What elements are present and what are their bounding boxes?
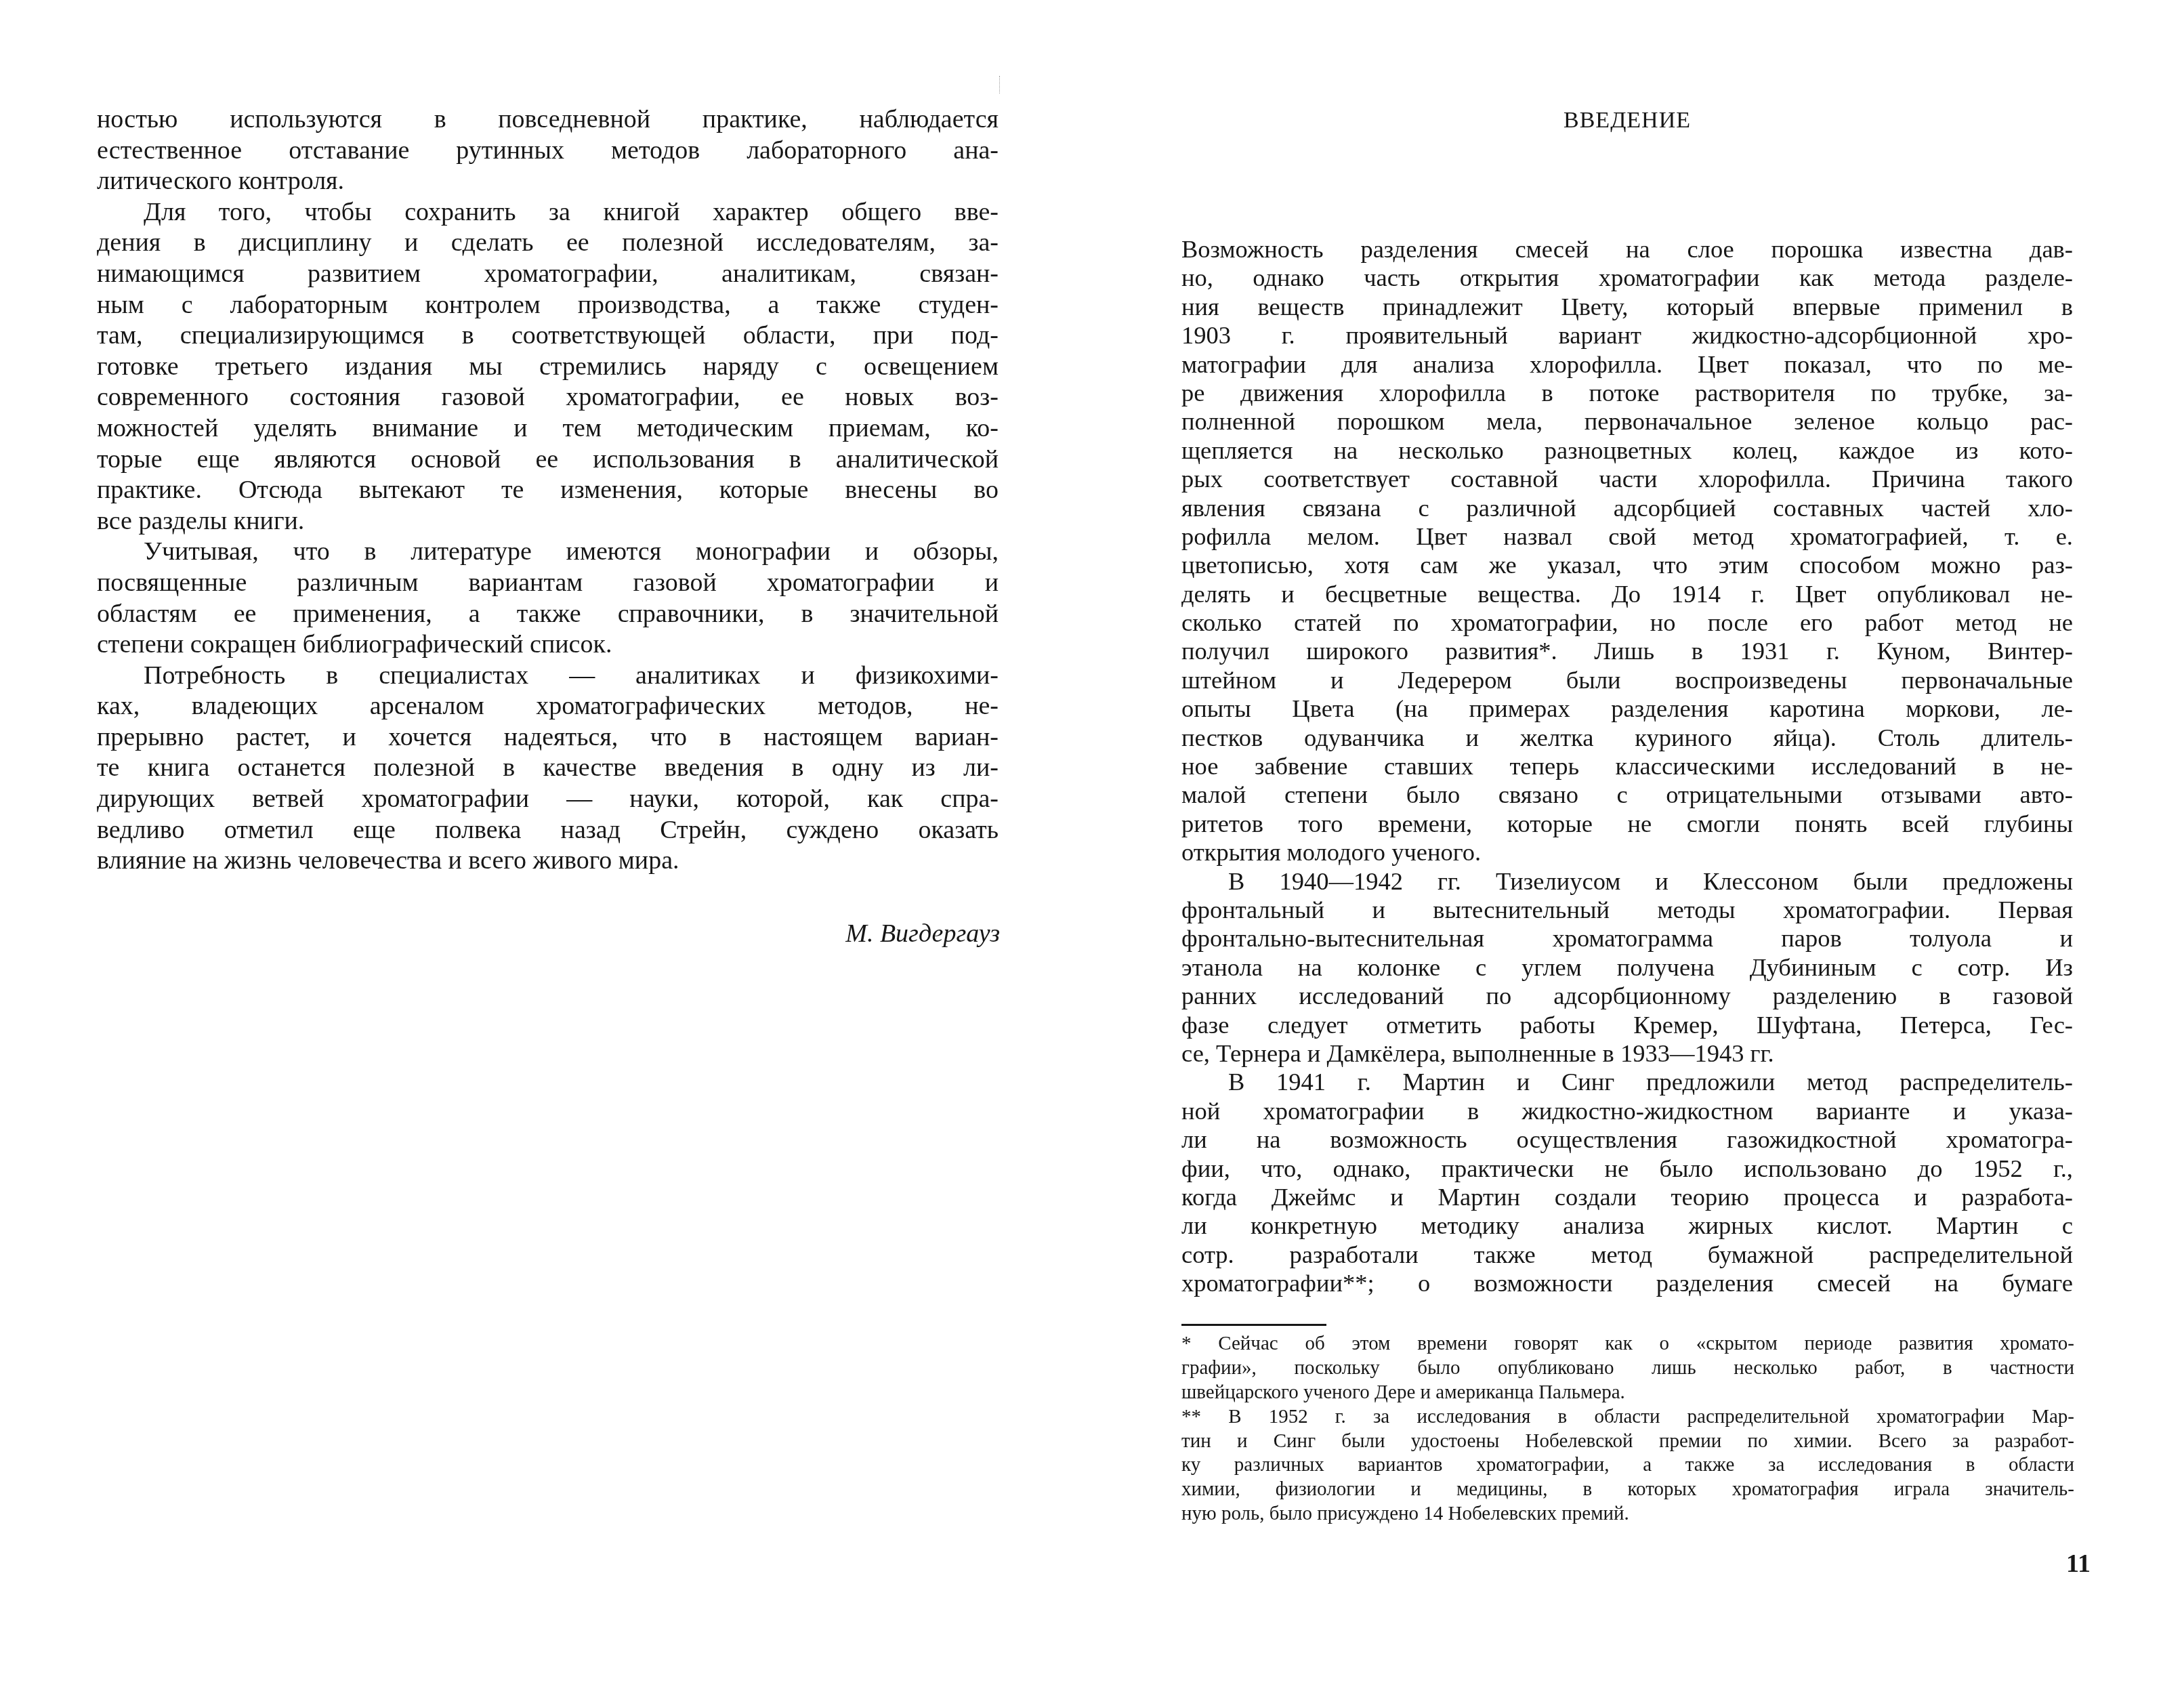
footnote-line: химии, физиологии и медицины, в которых … xyxy=(1181,1478,2074,1502)
text-line: фии, что, однако, практически не было ис… xyxy=(1181,1154,2073,1183)
text-line: ли на возможность осуществления газожидк… xyxy=(1181,1125,2073,1154)
text-line: цветописью, хотя сам же указал, что этим… xyxy=(1181,551,2073,579)
text-line: ре движения хлорофилла в потоке раствори… xyxy=(1181,379,2073,407)
text-line: нимающимся развитием хроматографии, анал… xyxy=(97,259,999,290)
text-line: все разделы книги. xyxy=(97,506,999,537)
text-line: влияние на жизнь человечества и всего жи… xyxy=(97,846,999,877)
text-line: ным с лабораторным контролем производств… xyxy=(97,290,999,321)
footnote-divider xyxy=(1181,1324,1326,1326)
text-line: Потребность в специалистах — аналитиках … xyxy=(97,661,999,692)
page-number: 11 xyxy=(2066,1550,2091,1577)
text-line: фронтально-вытеснительная хроматограмма … xyxy=(1181,924,2073,953)
text-line: ния веществ принадлежит Цвету, который в… xyxy=(1181,293,2073,321)
text-line: сколько статей по хроматографии, но посл… xyxy=(1181,608,2073,637)
text-line: когда Джеймс и Мартин создали теорию про… xyxy=(1181,1183,2073,1211)
text-line: этанола на колонке с углем получена Дуби… xyxy=(1181,953,2073,982)
text-line: се, Тернера и Дамкёлера, выполненные в 1… xyxy=(1181,1039,2073,1068)
text-line: дения в дисциплину и сделать ее полезной… xyxy=(97,228,999,259)
text-line: В 1941 г. Мартин и Синг предложили метод… xyxy=(1181,1068,2073,1096)
text-line: готовке третьего издания мы стремились н… xyxy=(97,352,999,383)
text-line: фазе следует отметить работы Кремер, Шуф… xyxy=(1181,1011,2073,1039)
text-line: матографии для анализа хлорофилла. Цвет … xyxy=(1181,350,2073,379)
footnote-line: графии», поскольку было опубликовано лиш… xyxy=(1181,1356,2074,1381)
text-line: Для того, чтобы сохранить за книгой хара… xyxy=(97,197,999,228)
text-line: можностей уделять внимание и тем методич… xyxy=(97,413,999,444)
text-line: рых соответствует составной части хлороф… xyxy=(1181,465,2073,493)
text-line: В 1940—1942 гг. Тизелиусом и Клессоном б… xyxy=(1181,867,2073,896)
text-line: областям ее применения, а также справочн… xyxy=(97,599,999,630)
text-line: ведливо отметил еще полвека назад Стрейн… xyxy=(97,815,999,846)
author-signature: М. Вигдергауз xyxy=(845,919,1000,949)
text-line: щепляется на несколько разноцветных коле… xyxy=(1181,436,2073,465)
text-line: торые еще являются основой ее использова… xyxy=(97,444,999,476)
text-line: степени сокращен библиографический списо… xyxy=(97,629,999,661)
text-line: полненной порошком мела, первоначальное … xyxy=(1181,407,2073,436)
text-line: литического контроля. xyxy=(97,166,999,197)
text-line: ностью используются в повседневной практ… xyxy=(97,104,999,136)
text-line: ли конкретную методику анализа жирных ки… xyxy=(1181,1211,2073,1240)
text-line: сотр. разработали также метод бумажной р… xyxy=(1181,1241,2073,1269)
text-line: хроматографии**; о возможности разделени… xyxy=(1181,1269,2073,1297)
gutter-mark xyxy=(999,76,1001,93)
text-line: там, специализирующимся в соответствующе… xyxy=(97,320,999,352)
footnote-line: * Сейчас об этом времени говорят как о «… xyxy=(1181,1332,2074,1356)
text-line: 1903 г. проявительный вариант жидкостно-… xyxy=(1181,321,2073,350)
text-line: фронтальный и вытеснительный методы хром… xyxy=(1181,896,2073,924)
text-line: ной хроматографии в жидкостно-жидкостном… xyxy=(1181,1097,2073,1125)
text-line: практике. Отсюда вытекают те изменения, … xyxy=(97,475,999,506)
text-line: ритетов того времени, которые не смогли … xyxy=(1181,810,2073,838)
text-line: дирующих ветвей хроматографии — науки, к… xyxy=(97,784,999,815)
section-title: ВВЕДЕНИЕ xyxy=(1181,107,2073,134)
text-line: Учитывая, что в литературе имеются моног… xyxy=(97,537,999,568)
text-line: опыты Цвета (на примерах разделения каро… xyxy=(1181,694,2073,723)
footnotes: * Сейчас об этом времени говорят как о «… xyxy=(1181,1332,2074,1526)
footnote-line: тин и Синг были удостоены Нобелевской пр… xyxy=(1181,1430,2074,1454)
text-line: ках, владеющих арсеналом хроматографичес… xyxy=(97,691,999,722)
text-line: делять и бесцветные вещества. До 1914 г.… xyxy=(1181,580,2073,608)
text-line: современного состояния газовой хроматогр… xyxy=(97,382,999,413)
text-line: штейном и Ледерером были воспроизведены … xyxy=(1181,666,2073,694)
text-line: рофилла мелом. Цвет назвал свой метод хр… xyxy=(1181,522,2073,551)
text-line: малой степени было связано с отрицательн… xyxy=(1181,780,2073,809)
text-line: прерывно растет, и хочется надеяться, чт… xyxy=(97,722,999,753)
left-page-body: ностью используются в повседневной практ… xyxy=(97,104,999,877)
text-line: получил широкого развития*. Лишь в 1931 … xyxy=(1181,637,2073,665)
footnote-line: швейцарского ученого Дере и американца П… xyxy=(1181,1381,2074,1405)
text-line: посвященные различным вариантам газовой … xyxy=(97,568,999,599)
text-line: пестков одуванчика и желтка куриного яйц… xyxy=(1181,724,2073,752)
text-line: ранних исследований по адсорбционному ра… xyxy=(1181,982,2073,1010)
footnote-line: ** В 1952 г. за исследования в области р… xyxy=(1181,1405,2074,1430)
text-line: но, однако часть открытия хроматографии … xyxy=(1181,264,2073,292)
text-line: явления связана с различной адсорбцией с… xyxy=(1181,494,2073,522)
text-line: ное забвение ставших теперь классическим… xyxy=(1181,752,2073,780)
text-line: Возможность разделения смесей на слое по… xyxy=(1181,235,2073,264)
footnote-line: ную роль, было присуждено 14 Нобелевских… xyxy=(1181,1502,2074,1526)
text-line: те книга останется полезной в качестве в… xyxy=(97,753,999,784)
footnote-line: ку различных вариантов хроматографии, а … xyxy=(1181,1453,2074,1478)
text-line: открытия молодого ученого. xyxy=(1181,838,2073,867)
right-page-body: Возможность разделения смесей на слое по… xyxy=(1181,235,2073,1297)
text-line: естественное отставание рутинных методов… xyxy=(97,136,999,167)
